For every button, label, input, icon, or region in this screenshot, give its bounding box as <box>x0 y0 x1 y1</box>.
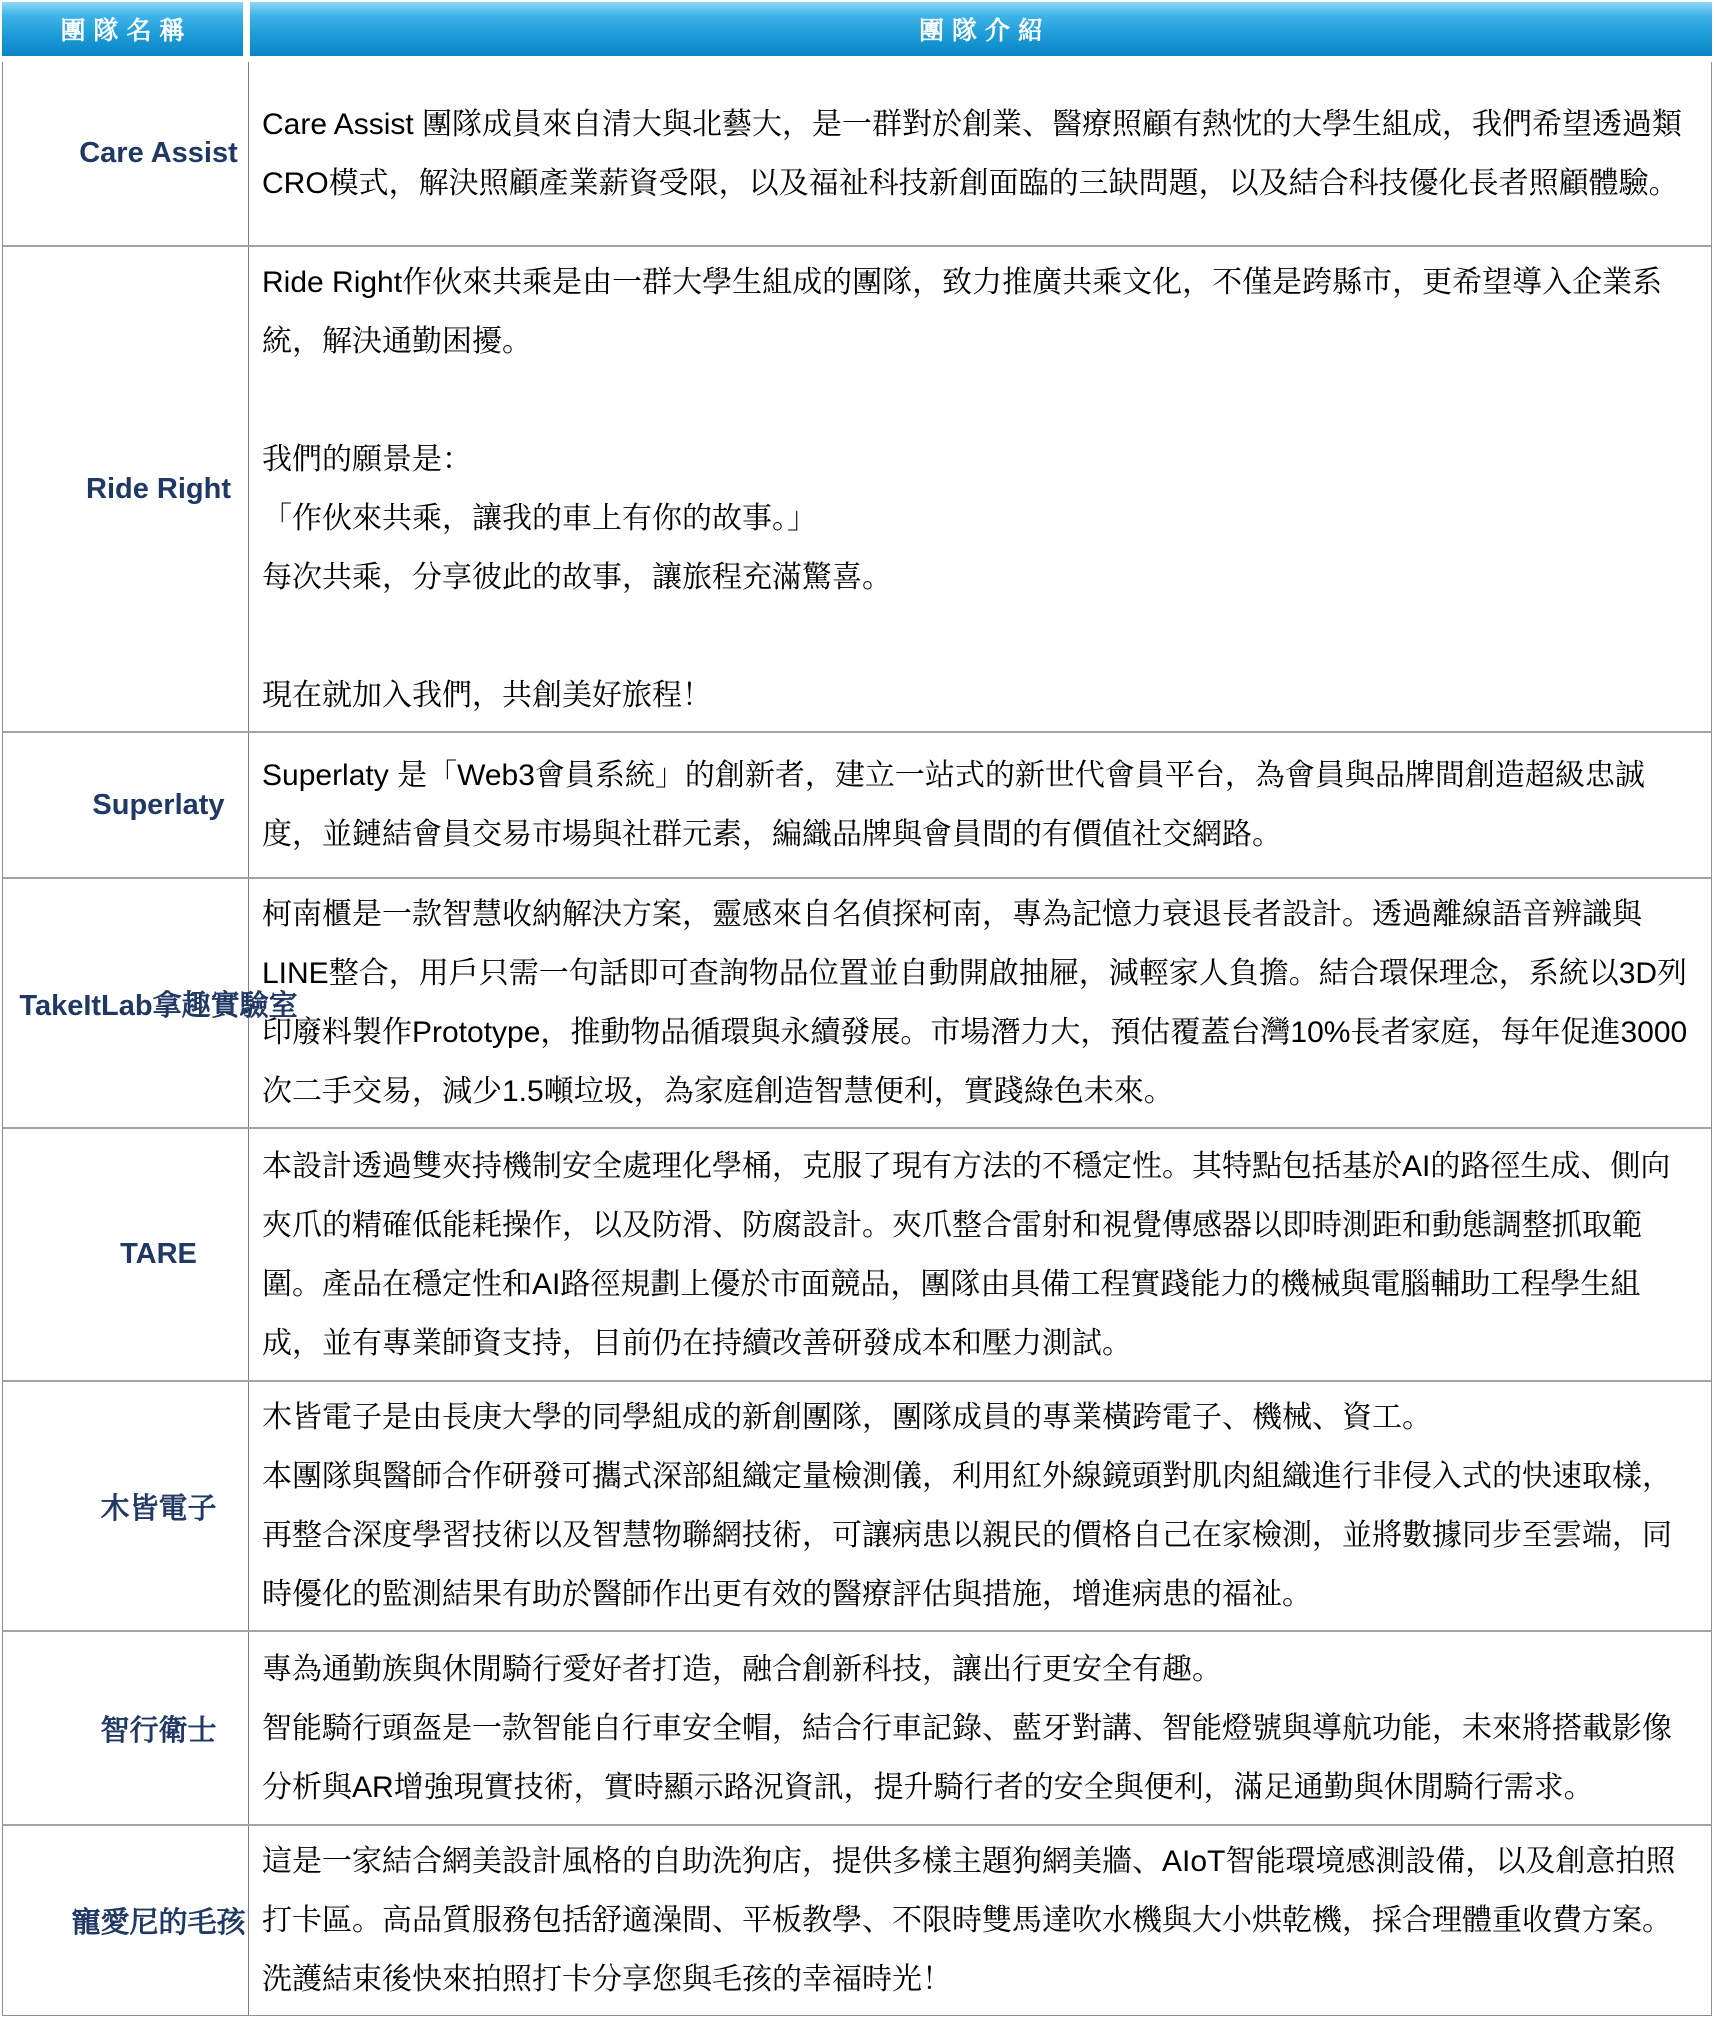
table-row: Care AssistCare Assist 團隊成員來自清大與北藝大，是一群對… <box>3 62 1711 247</box>
intro-paragraph: 每次共乘，分享彼此的故事，讓旅程充滿驚喜。 <box>262 548 1695 607</box>
team-name-cell: 智行衛士 <box>3 1632 249 1824</box>
intro-paragraph: 本設計透過雙夾持機制安全處理化學桶，克服了現有方法的不穩定性。其特點包括基於AI… <box>262 1137 1695 1373</box>
team-name-cell: 寵愛尼的毛孩 <box>3 1826 249 2015</box>
table-row: TakeItLab拿趣實驗室柯南櫃是一款智慧收納解決方案，靈感來自名偵探柯南，專… <box>3 879 1711 1129</box>
intro-paragraph: 現在就加入我們，共創美好旅程！ <box>262 666 1695 725</box>
intro-paragraph: 我們的願景是： <box>262 430 1695 489</box>
team-name: Care Assist <box>79 137 238 170</box>
team-intro-cell: 這是一家結合網美設計風格的自助洗狗店，提供多樣主題狗網美牆、AIoT智能環境感測… <box>249 1826 1711 2015</box>
team-name-cell: Care Assist <box>3 62 249 245</box>
blank-line <box>262 607 1695 666</box>
table-row: Ride RightRide Right作伙來共乘是由一群大學生組成的團隊，致力… <box>3 247 1711 733</box>
team-intro-cell: 本設計透過雙夾持機制安全處理化學桶，克服了現有方法的不穩定性。其特點包括基於AI… <box>249 1129 1711 1380</box>
header-cell-team-name: 團隊名稱 <box>2 2 243 56</box>
table-row: SuperlatySuperlaty 是「Web3會員系統」的創新者，建立一站式… <box>3 733 1711 879</box>
team-intro-cell: Care Assist 團隊成員來自清大與北藝大，是一群對於創業、醫療照顧有熱忱… <box>249 62 1711 245</box>
team-intro-cell: 木皆電子是由長庚大學的同學組成的新創團隊，團隊成員的專業橫跨電子、機械、資工。本… <box>249 1382 1711 1630</box>
intro-paragraph: Ride Right作伙來共乘是由一群大學生組成的團隊，致力推廣共乘文化，不僅是… <box>262 253 1695 371</box>
team-name: 木皆電子 <box>100 1486 216 1527</box>
intro-paragraph: 木皆電子是由長庚大學的同學組成的新創團隊，團隊成員的專業橫跨電子、機械、資工。 <box>262 1388 1695 1447</box>
table-row: 木皆電子木皆電子是由長庚大學的同學組成的新創團隊，團隊成員的專業橫跨電子、機械、… <box>3 1382 1711 1632</box>
table-row: 寵愛尼的毛孩這是一家結合網美設計風格的自助洗狗店，提供多樣主題狗網美牆、AIoT… <box>3 1826 1711 2015</box>
team-name-cell: 木皆電子 <box>3 1382 249 1630</box>
table-row: TARE本設計透過雙夾持機制安全處理化學桶，克服了現有方法的不穩定性。其特點包括… <box>3 1129 1711 1382</box>
intro-paragraph: 智能騎行頭盔是一款智能自行車安全帽，結合行車記錄、藍牙對講、智能燈號與導航功能，… <box>262 1699 1695 1817</box>
team-name: Ride Right <box>86 473 231 506</box>
intro-paragraph: 柯南櫃是一款智慧收納解決方案，靈感來自名偵探柯南，專為記憶力衰退長者設計。透過離… <box>262 885 1695 1121</box>
intro-paragraph: 「作伙來共乘，讓我的車上有你的故事。」 <box>262 489 1695 548</box>
table-header-row: 團隊名稱 團隊介紹 <box>2 2 1712 56</box>
team-intro-cell: 柯南櫃是一款智慧收納解決方案，靈感來自名偵探柯南，專為記憶力衰退長者設計。透過離… <box>249 879 1711 1127</box>
team-name: Superlaty <box>92 789 224 822</box>
intro-paragraph: 本團隊與醫師合作研發可攜式深部組織定量檢測儀，利用紅外線鏡頭對肌肉組織進行非侵入… <box>262 1447 1695 1624</box>
intro-paragraph: 專為通勤族與休閒騎行愛好者打造，融合創新科技，讓出行更安全有趣。 <box>262 1640 1695 1699</box>
table-row: 智行衛士專為通勤族與休閒騎行愛好者打造，融合創新科技，讓出行更安全有趣。智能騎行… <box>3 1632 1711 1826</box>
teams-table: 團隊名稱 團隊介紹 Care AssistCare Assist 團隊成員來自清… <box>0 0 1714 2018</box>
intro-paragraph: Care Assist 團隊成員來自清大與北藝大，是一群對於創業、醫療照顧有熱忱… <box>262 95 1695 213</box>
team-intro-cell: 專為通勤族與休閒騎行愛好者打造，融合創新科技，讓出行更安全有趣。智能騎行頭盔是一… <box>249 1632 1711 1824</box>
team-name: TARE <box>120 1238 197 1271</box>
intro-paragraph: 這是一家結合網美設計風格的自助洗狗店，提供多樣主題狗網美牆、AIoT智能環境感測… <box>262 1832 1695 2009</box>
team-name-cell: TakeItLab拿趣實驗室 <box>3 879 249 1127</box>
team-name: 智行衛士 <box>100 1708 216 1749</box>
team-name-cell: Ride Right <box>3 247 249 731</box>
intro-paragraph: Superlaty 是「Web3會員系統」的創新者，建立一站式的新世代會員平台，… <box>262 746 1695 864</box>
team-name-cell: TARE <box>3 1129 249 1380</box>
team-name-cell: Superlaty <box>3 733 249 877</box>
header-cell-team-intro: 團隊介紹 <box>250 2 1712 56</box>
team-intro-cell: Ride Right作伙來共乘是由一群大學生組成的團隊，致力推廣共乘文化，不僅是… <box>249 247 1711 731</box>
blank-line <box>262 371 1695 430</box>
table-body: Care AssistCare Assist 團隊成員來自清大與北藝大，是一群對… <box>2 62 1712 2016</box>
team-name: 寵愛尼的毛孩 <box>71 1900 245 1941</box>
team-intro-cell: Superlaty 是「Web3會員系統」的創新者，建立一站式的新世代會員平台，… <box>249 733 1711 877</box>
